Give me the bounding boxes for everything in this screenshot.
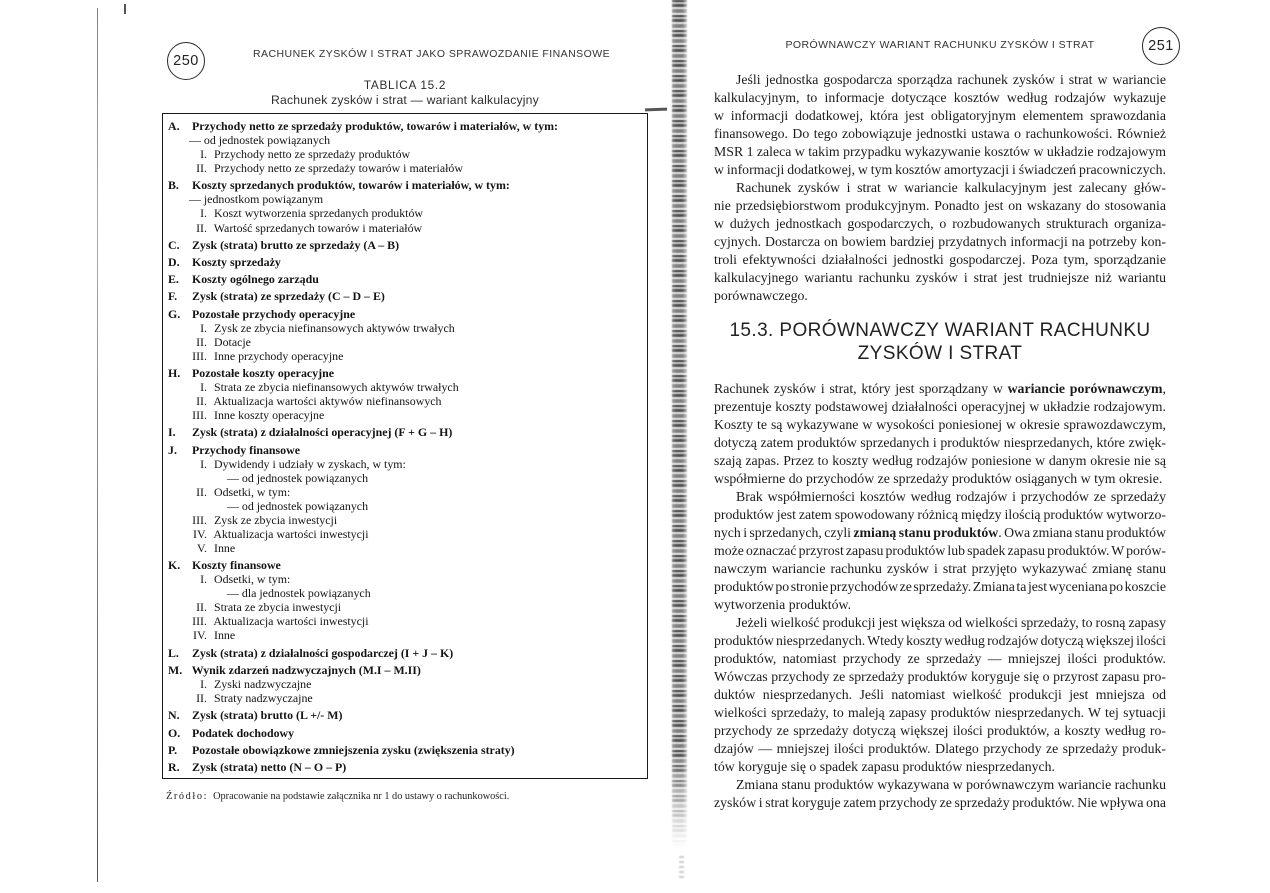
- table-row: I. Przychody netto ze sprzedaży produktó…: [168, 147, 641, 161]
- table-row: M. Wynik zdarzeń nadzwyczajnych (M.I – M…: [168, 663, 641, 677]
- text-line: prezentuje koszty podstawowej działalnoś…: [714, 398, 1166, 416]
- row-text: Pozostałe przychody operacyjne: [192, 307, 355, 321]
- row-label: P.: [168, 743, 189, 757]
- text-line: produktów po stronie przychodów ze sprze…: [714, 578, 1166, 596]
- row-label: IV.: [168, 628, 207, 642]
- text-line: w informacji dodatkowej, w tym kosztów a…: [714, 161, 1166, 179]
- row-text: Wartość sprzedanych towarów i materiałów: [214, 221, 422, 235]
- table-row: III. Zysk ze zbycia inwestycji: [168, 513, 641, 527]
- row-label: —: [227, 499, 239, 513]
- row-text: jednostkom powiązanym: [204, 192, 323, 206]
- row-text: Strata ze zbycia inwestycji: [214, 600, 341, 614]
- profit-loss-table: A. Przychody netto ze sprzedaży produktó…: [162, 113, 648, 779]
- page-number-left: 250: [167, 42, 205, 80]
- row-text: od jednostek powiązanych: [242, 499, 368, 513]
- table-caption-title: Rachunek zysków i strat — wariant kalkul…: [162, 93, 648, 107]
- book-scan: 250 RACHUNEK ZYSKÓW I STRAT JAKO SPRAWOZ…: [0, 0, 1270, 893]
- row-text: Koszty ogólnego zarządu: [192, 272, 319, 286]
- text-line: Rachunek zysków i strat, który jest spor…: [714, 380, 1166, 398]
- row-text: Odsetki, w tym:: [214, 485, 290, 499]
- row-text: Zysk (strata) netto (N – O – P): [192, 760, 346, 774]
- paragraph: Jeżeli wielkość produkcji jest większa o…: [714, 614, 1166, 776]
- paragraph: Jeśli jednostka gospodarcza sporządza ra…: [714, 71, 1166, 179]
- text-line: Rachunek zysków i strat w wariancie kalk…: [714, 179, 1166, 197]
- text-line: może oznaczać przyrost zapasu produktów …: [714, 542, 1166, 560]
- text-line: wielkości sprzedaży, to maleją zapasy pr…: [714, 704, 1166, 722]
- table-row: II. Strata ze zbycia inwestycji: [168, 600, 641, 614]
- table-row: D. Koszty sprzedaży: [168, 255, 641, 269]
- table-row: II. Wartość sprzedanych towarów i materi…: [168, 221, 641, 235]
- row-text: Aktualizacja wartości aktywów niefinanso…: [213, 394, 441, 408]
- text-line: troli efektywności działalności jednostk…: [714, 251, 1166, 269]
- row-label: III.: [168, 349, 207, 363]
- row-text: Strata ze zbycia niefinansowych aktywów …: [214, 380, 459, 394]
- scan-edge-line: [97, 8, 98, 882]
- text-line: dotyczą zatem produktów sprzedanych i pr…: [714, 434, 1166, 452]
- row-text: Inne: [214, 541, 235, 555]
- table-row: K. Koszty finansowe: [168, 558, 641, 572]
- row-label: L.: [168, 646, 189, 660]
- row-label: I.: [168, 572, 207, 586]
- row-label: E.: [168, 272, 189, 286]
- row-label: II.: [168, 691, 207, 705]
- text-line: tów koryguje się o spadek zapasu produkt…: [714, 758, 1166, 776]
- text-line: w informacji dodatkowej, która jest obli…: [714, 107, 1166, 125]
- row-label: II.: [168, 221, 207, 235]
- row-text: Inne: [214, 628, 235, 642]
- table-row: III. Aktualizacja wartości inwestycji: [168, 614, 641, 628]
- row-label: I.: [168, 677, 207, 691]
- row-text: Inne koszty operacyjne: [214, 408, 324, 422]
- heading-line: 15.3. PORÓWNAWCZY WARIANT RACHUNKU: [714, 320, 1166, 343]
- text-line: Brak współmierności kosztów według rodza…: [714, 488, 1166, 506]
- table-row: I. Dywidendy i udziały w zyskach, w tym:: [168, 457, 641, 471]
- row-label: G.: [168, 307, 189, 321]
- text-line: Zmiana stanu produktów wykazywana w poró…: [714, 776, 1166, 794]
- row-label: I.: [168, 206, 207, 220]
- text-line: przychody ze sprzedaży dotyczą większej …: [714, 722, 1166, 740]
- row-text: Aktualizacja wartości inwestycji: [213, 527, 368, 541]
- row-label: —: [227, 471, 239, 485]
- table-row: I. Zysk (strata) z działalności operacyj…: [168, 425, 641, 439]
- running-head-left: RACHUNEK ZYSKÓW I STRAT JAKO SPRAWOZDANI…: [253, 48, 610, 60]
- row-text: Pozostałe obowiązkowe zmniejszenia zysku…: [192, 743, 515, 757]
- row-text: Koszt wytworzenia sprzedanych produktów: [214, 206, 423, 220]
- row-label: B.: [168, 178, 189, 192]
- row-text: Odsetki, w tym:: [214, 572, 290, 586]
- text-line: produktów niesprzedanych. Wtedy koszty w…: [714, 632, 1166, 650]
- source-label: Źródło:: [166, 791, 208, 802]
- row-label: A.: [168, 119, 189, 133]
- row-label: —: [189, 133, 201, 147]
- table-caption-number: TABLICA 15.2: [162, 78, 648, 92]
- table-row: IV. Inne: [168, 628, 641, 642]
- text-line: dzajów — mniejszej ilości produktów. Dla…: [714, 740, 1166, 758]
- row-label: —: [189, 192, 201, 206]
- row-text: Zysk (strata) brutto ze sprzedaży (A – B…: [192, 238, 399, 252]
- row-text: Koszty finansowe: [192, 558, 281, 572]
- text-line: zysków i strat koryguje zatem przychody …: [714, 794, 1166, 812]
- row-text: Zysk (strata) brutto (L +/- M): [192, 708, 342, 722]
- table-row: — dla jednostek powiązanych: [168, 586, 641, 600]
- row-text: Inne przychody operacyjne: [214, 349, 343, 363]
- row-text: Zysk ze zbycia niefinansowych aktywów tr…: [214, 321, 455, 335]
- table-row: G. Pozostałe przychody operacyjne: [168, 307, 641, 321]
- table-row: — od jednostek powiązanych: [168, 471, 641, 485]
- section-heading: 15.3. PORÓWNAWCZY WARIANT RACHUNKUZYSKÓW…: [714, 320, 1166, 365]
- scan-speck: [124, 4, 126, 14]
- row-label: D.: [168, 255, 189, 269]
- row-text: od jednostek powiązanych: [242, 471, 368, 485]
- text-line: kalkulacyjnego wariantu rachunku zysków …: [714, 269, 1166, 287]
- row-label: IV.: [168, 527, 207, 541]
- text-line: Wówczas przychody ze sprzedaży produktów…: [714, 668, 1166, 686]
- text-line: duktów niesprzedanych. Jeśli natomiast w…: [714, 686, 1166, 704]
- text-line: cyjnych. Dostarcza on bowiem bardziej pr…: [714, 233, 1166, 251]
- table-row: A. Przychody netto ze sprzedaży produktó…: [168, 119, 641, 133]
- row-label: O.: [168, 726, 189, 740]
- row-text: Aktualizacja wartości inwestycji: [213, 614, 368, 628]
- row-text: Wynik zdarzeń nadzwyczajnych (M.I – M.II…: [192, 663, 421, 677]
- row-label: I.: [168, 457, 207, 471]
- table-row: I. Zysk ze zbycia niefinansowych aktywów…: [168, 321, 641, 335]
- row-text: Koszty sprzedaży: [192, 255, 281, 269]
- row-label: H.: [168, 366, 189, 380]
- table-row: V. Inne: [168, 541, 641, 555]
- text-line: nie przedsiębiorstwom produkcyjnym. Pona…: [714, 197, 1166, 215]
- text-line: finansowego. Do tego zobowiązuje jednost…: [714, 125, 1166, 143]
- body-text-column: Jeśli jednostka gospodarcza sporządza ra…: [714, 71, 1166, 812]
- row-text: Zyski nadzwyczajne: [214, 677, 311, 691]
- table-row: J. Przychody finansowe: [168, 443, 641, 457]
- row-label: II.: [168, 161, 207, 175]
- table-row: I. Odsetki, w tym:: [168, 572, 641, 586]
- table-row: II. Straty nadzwyczajne: [168, 691, 641, 705]
- table-row: L. Zysk (strata) z działalności gospodar…: [168, 646, 641, 660]
- row-label: F.: [168, 289, 189, 303]
- gutter-smudge: [645, 108, 667, 112]
- row-text: Zysk (strata) z działalności operacyjnej…: [192, 425, 452, 439]
- table-row: II. Odsetki, w tym:: [168, 485, 641, 499]
- row-text: Przychody finansowe: [192, 443, 300, 457]
- table-row: I. Strata ze zbycia niefinansowych aktyw…: [168, 380, 641, 394]
- row-label: III.: [168, 408, 207, 422]
- table-row: C. Zysk (strata) brutto ze sprzedaży (A …: [168, 238, 641, 252]
- text-line: kalkulacyjnym, to informacje dotyczące k…: [714, 89, 1166, 107]
- table-row: E. Koszty ogólnego zarządu: [168, 272, 641, 286]
- table-row: B. Koszty sprzedanych produktów, towarów…: [168, 178, 641, 192]
- text-line: w dużych jednostkach gospodarczych, o ro…: [714, 215, 1166, 233]
- text-line: MSR 1 zaleca w takim przypadku wykazywan…: [714, 143, 1166, 161]
- table-row: F. Zysk (strata) ze sprzedaży (C – D – E…: [168, 289, 641, 303]
- row-text: Zysk ze zbycia inwestycji: [214, 513, 337, 527]
- row-label: I.: [168, 147, 207, 161]
- text-line: Jeżeli wielkość produkcji jest większa o…: [714, 614, 1166, 632]
- paragraph: Rachunek zysków i strat, który jest spor…: [714, 380, 1166, 488]
- row-text: Pozostałe koszty operacyjne: [192, 366, 334, 380]
- table-row: — jednostkom powiązanym: [168, 192, 641, 206]
- table-row: IV. Aktualizacja wartości inwestycji: [168, 527, 641, 541]
- row-text: Dywidendy i udziały w zyskach, w tym:: [214, 457, 406, 471]
- text-line: szają zapas. Przez to koszty według rodz…: [714, 452, 1166, 470]
- row-label: I.: [168, 321, 207, 335]
- text-line: produktów, natomiast przychody ze sprzed…: [714, 650, 1166, 668]
- table-row: II. Dotacje: [168, 335, 641, 349]
- table-row: — od jednostek powiązanych: [168, 499, 641, 513]
- row-text: Straty nadzwyczajne: [214, 691, 313, 705]
- book-gutter-shadow: [672, 0, 687, 856]
- table-row: III. Inne przychody operacyjne: [168, 349, 641, 363]
- row-label: II.: [168, 600, 207, 614]
- text-line: współmierne do przychodów ze sprzedaży p…: [714, 470, 1166, 488]
- page-number-right: 251: [1142, 27, 1180, 65]
- row-label: II.: [168, 485, 207, 499]
- row-text: dla jednostek powiązanych: [242, 586, 371, 600]
- running-head-right: PORÓWNAWCZY WARIANT RACHUNKU ZYSKÓW I ST…: [714, 39, 1166, 51]
- table-row: P. Pozostałe obowiązkowe zmniejszenia zy…: [168, 743, 641, 757]
- table-row: H. Pozostałe koszty operacyjne: [168, 366, 641, 380]
- row-text: Zysk (strata) z działalności gospodarcze…: [192, 646, 453, 660]
- source-note: Źródło:Opracowanie na podstawie załączni…: [166, 791, 509, 802]
- row-label: N.: [168, 708, 189, 722]
- text-line: produktów jest zatem spowodowany różnicą…: [714, 506, 1166, 524]
- table-row: — od jednostek powiązanych: [168, 133, 641, 147]
- row-label: V.: [168, 541, 207, 555]
- source-text: Opracowanie na podstawie załącznika nr 1…: [213, 791, 509, 802]
- row-label: II.: [168, 394, 207, 408]
- row-text: Przychody netto ze sprzedaży towarów i m…: [214, 161, 463, 175]
- table-row: N. Zysk (strata) brutto (L +/- M): [168, 708, 641, 722]
- paragraph: Rachunek zysków i strat w wariancie kalk…: [714, 179, 1166, 305]
- text-line: wytworzenia produktów.: [714, 596, 1166, 614]
- text-line: porównawczego.: [714, 287, 1166, 305]
- table-row: R. Zysk (strata) netto (N – O – P): [168, 760, 641, 774]
- row-label: J.: [168, 443, 189, 457]
- text-line: Jeśli jednostka gospodarcza sporządza ra…: [714, 71, 1166, 89]
- row-label: III.: [168, 614, 207, 628]
- row-text: od jednostek powiązanych: [204, 133, 330, 147]
- table-row: III. Inne koszty operacyjne: [168, 408, 641, 422]
- row-text: Zysk (strata) ze sprzedaży (C – D – E): [192, 289, 385, 303]
- row-text: Dotacje: [214, 335, 251, 349]
- row-text: Przychody netto ze sprzedaży produktów: [214, 147, 410, 161]
- row-label: —: [227, 586, 239, 600]
- table-row: O. Podatek dochodowy: [168, 726, 641, 740]
- table-row: I. Zyski nadzwyczajne: [168, 677, 641, 691]
- text-line: Koszty te są wykazywane w wysokości poni…: [714, 416, 1166, 434]
- row-text: Koszty sprzedanych produktów, towarów i …: [192, 178, 510, 192]
- heading-line: ZYSKÓW I STRAT: [714, 343, 1166, 366]
- row-label: III.: [168, 513, 207, 527]
- row-label: C.: [168, 238, 189, 252]
- table-row: I. Koszt wytworzenia sprzedanych produkt…: [168, 206, 641, 220]
- table-row: II. Przychody netto ze sprzedaży towarów…: [168, 161, 641, 175]
- row-label: R.: [168, 760, 189, 774]
- row-label: K.: [168, 558, 189, 572]
- paragraph: Brak współmierności kosztów według rodza…: [714, 488, 1166, 614]
- table-row: II. Aktualizacja wartości aktywów niefin…: [168, 394, 641, 408]
- text-line: nawczym wariancie rachunku zysków i stra…: [714, 560, 1166, 578]
- row-label: II.: [168, 335, 207, 349]
- row-label: M.: [168, 663, 189, 677]
- row-text: Przychody netto ze sprzedaży produktów, …: [192, 119, 558, 133]
- paragraph: Zmiana stanu produktów wykazywana w poró…: [714, 776, 1166, 812]
- row-label: I.: [168, 425, 189, 439]
- row-text: Podatek dochodowy: [192, 726, 294, 740]
- row-label: I.: [168, 380, 207, 394]
- text-line: nych i sprzedanych, czyli zmianą stanu p…: [714, 524, 1166, 542]
